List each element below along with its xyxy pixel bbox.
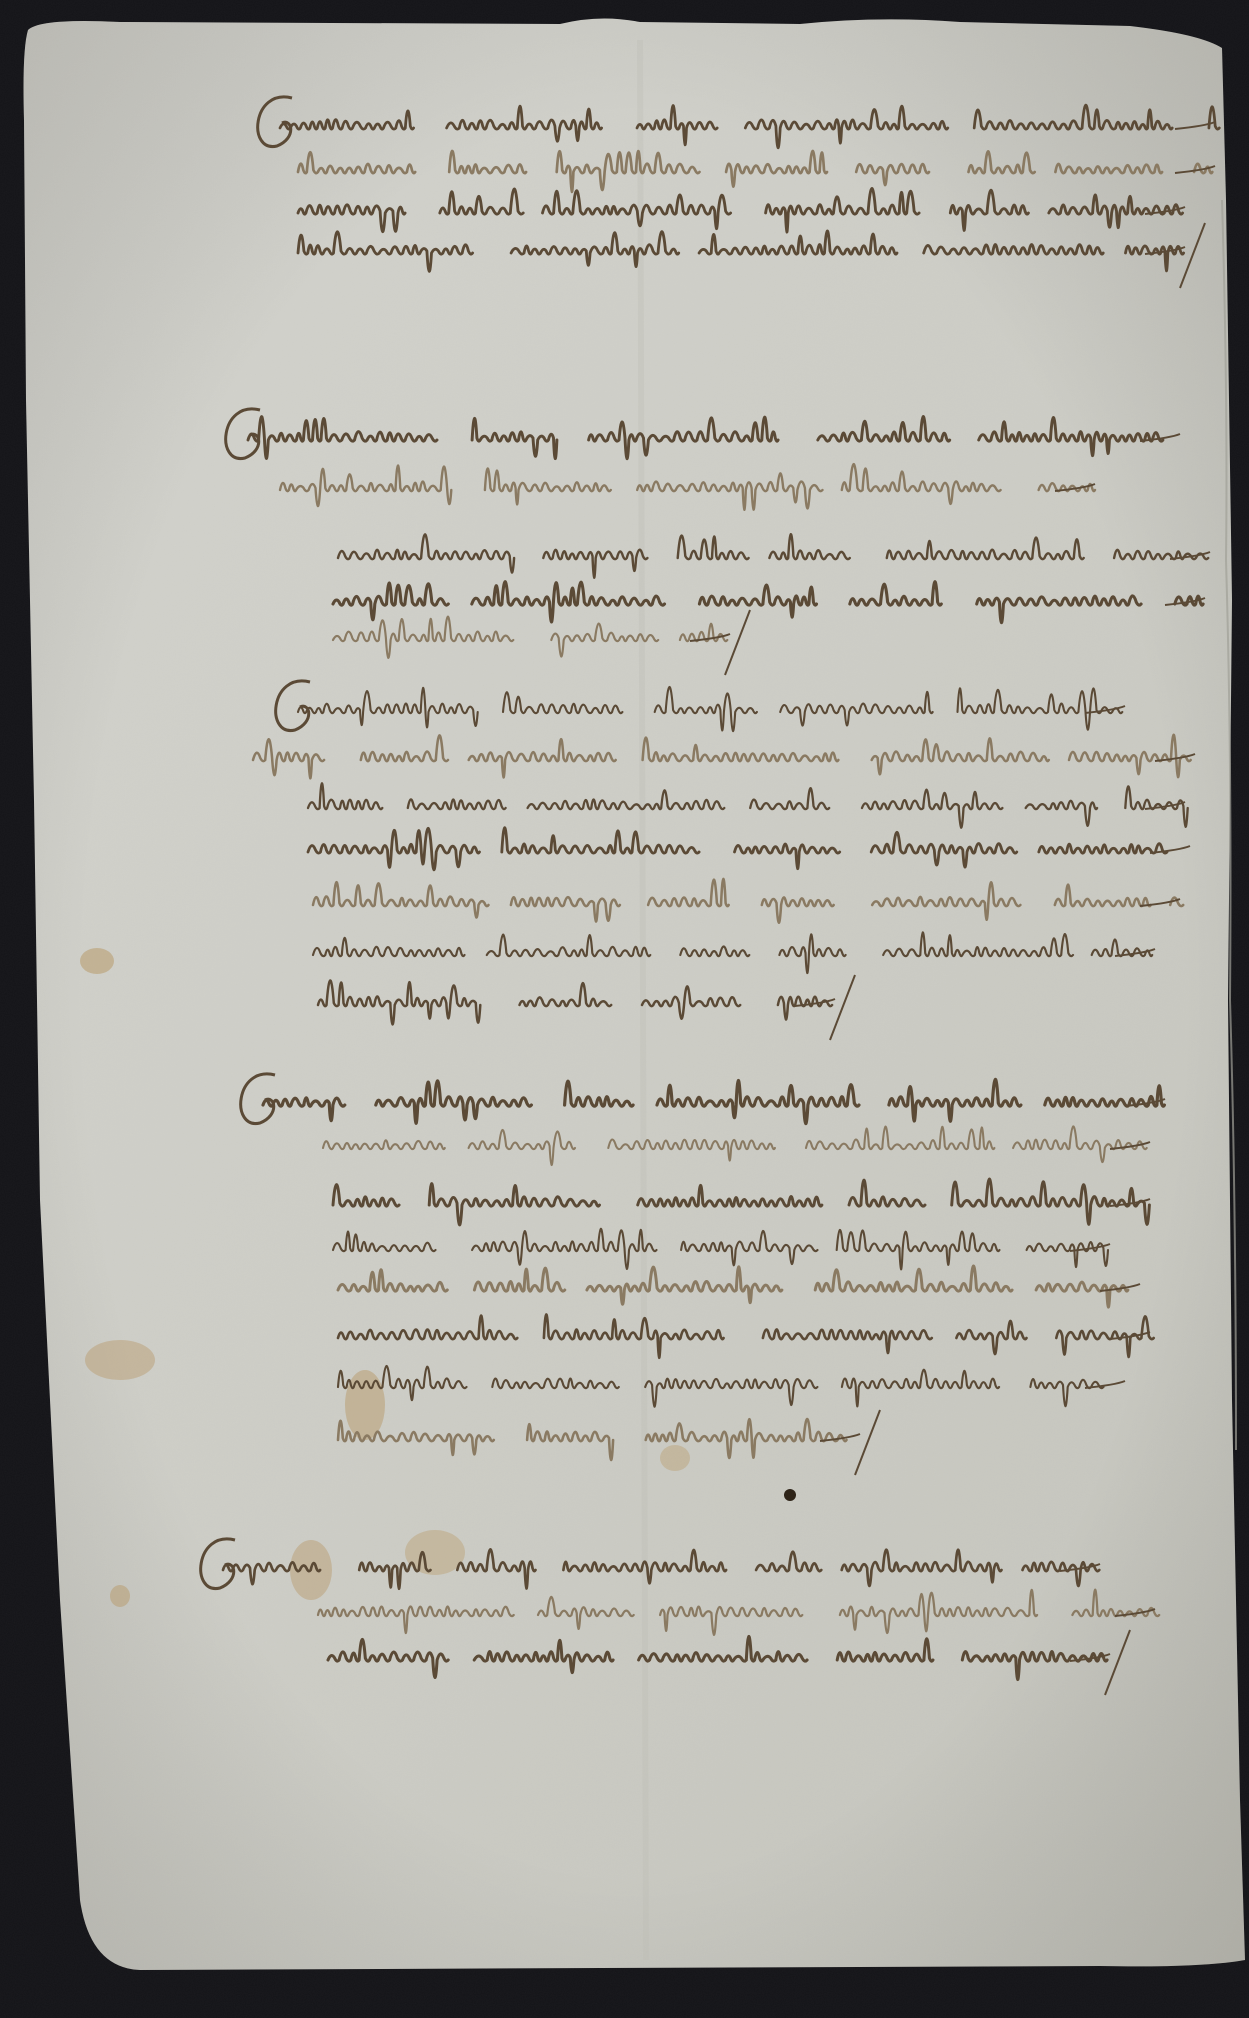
manuscript-photo: handwritten manuscript page (photograph)… xyxy=(0,0,1249,2018)
ink-blot xyxy=(784,1489,796,1501)
stain xyxy=(85,1340,155,1380)
stain xyxy=(80,948,114,974)
stain xyxy=(345,1370,385,1440)
ink-marks xyxy=(784,1489,796,1501)
paper-sheet xyxy=(0,0,1249,2018)
stain xyxy=(660,1445,690,1471)
stain xyxy=(110,1585,130,1607)
